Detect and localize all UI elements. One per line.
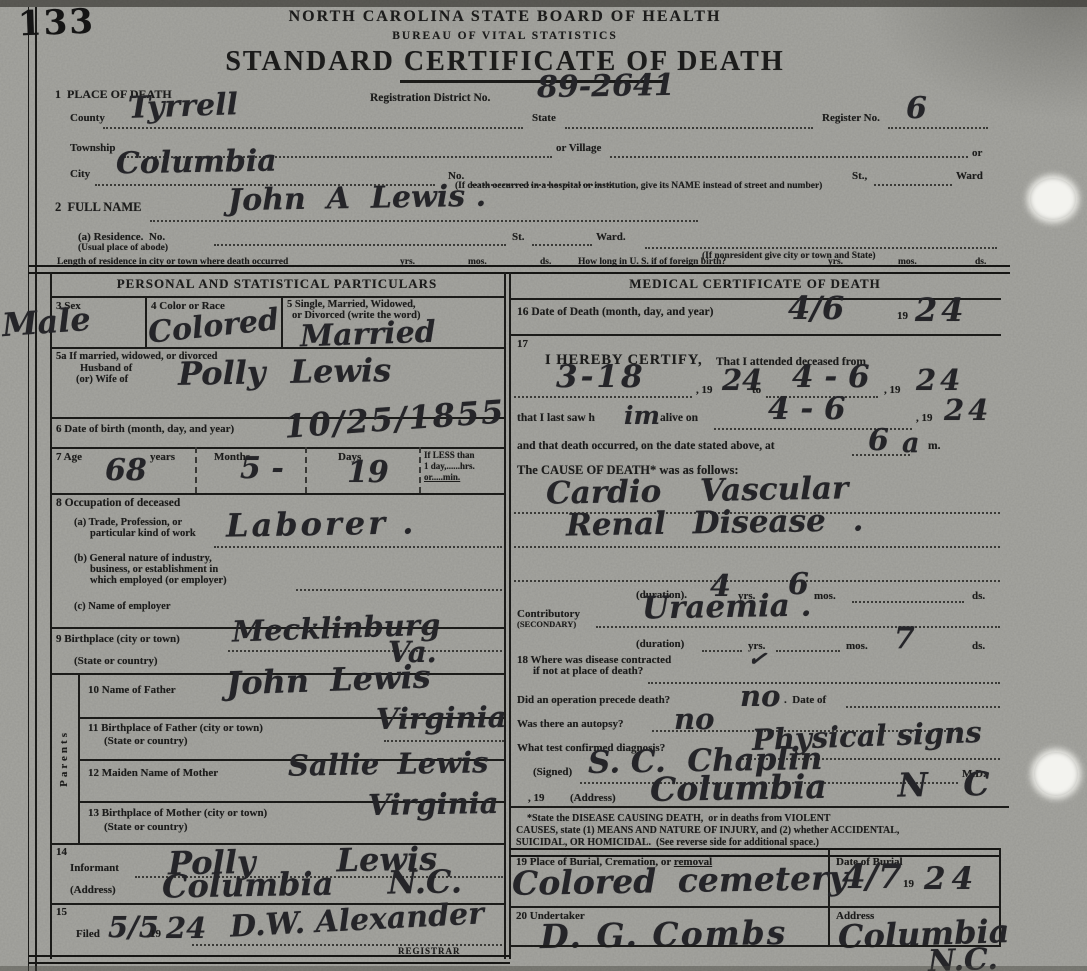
- register-no-value: 6: [906, 94, 927, 124]
- duration-mos-label: mos.: [814, 590, 836, 603]
- cause-line-3: [514, 580, 1000, 582]
- operation-value: no: [740, 682, 780, 711]
- operation-date-line: [846, 706, 1000, 708]
- section-divider-rule: [28, 265, 1010, 274]
- township-label: Township: [70, 142, 115, 155]
- parents-strip-border: [78, 673, 80, 843]
- medical-header: MEDICAL CERTIFICATE OF DEATH: [509, 277, 1001, 292]
- attended-to-year-prefix: , 19: [884, 384, 901, 397]
- top-edge-shadow: [0, 0, 1087, 7]
- cell-divider: [281, 296, 283, 347]
- informant-label: Informant: [70, 862, 119, 875]
- age-years-value: 68: [105, 456, 147, 486]
- or-label: or: [972, 147, 982, 160]
- cause-of-death-line2-value: Renal Disease .: [566, 505, 864, 541]
- left-column-bottom-rule: [28, 955, 510, 964]
- last-saw-year: 24: [944, 396, 992, 425]
- undertaker-value: D. G. Combs: [540, 916, 788, 953]
- line: [509, 334, 1001, 336]
- bureau-title: BUREAU OF VITAL STATISTICS: [0, 30, 1010, 43]
- abode-note: (Usual place of abode): [78, 243, 168, 254]
- registrar-signature: D.W. Alexander: [229, 899, 484, 942]
- dod-year-value: 24: [915, 294, 968, 326]
- operation-label: Did an operation precede death?: [517, 694, 670, 707]
- attended-to-year: 24: [916, 366, 964, 395]
- dob-label: 6 Date of birth (month, day, and year): [56, 423, 234, 436]
- parents-strip: Parents: [52, 678, 76, 838]
- residence-line: [214, 244, 506, 246]
- occupation-b-line: [296, 589, 502, 591]
- death-occurred-label: and that death occurred, on the date sta…: [517, 440, 775, 453]
- org-title: NORTH CAROLINA STATE BOARD OF HEALTH: [0, 8, 1010, 26]
- father-birthplace-label: 11 Birthplace of Father (city or town): [88, 722, 263, 735]
- line: [50, 447, 506, 449]
- ward-label: Ward: [956, 170, 983, 183]
- cause-footnote-2: CAUSES, state (1) MEANS AND NATURE OF IN…: [516, 825, 899, 837]
- date-of-death-label: 16 Date of Death (month, day, and year): [517, 306, 713, 319]
- contributory-secondary-label: (SECONDARY): [517, 620, 576, 630]
- mother-birthplace-value: Virginia: [368, 789, 499, 820]
- register-no-label: Register No.: [822, 112, 880, 125]
- county-label: County: [70, 112, 105, 125]
- dod-year-prefix: 19: [897, 310, 908, 323]
- disease-contracted-line: [648, 682, 1000, 684]
- undertaker-address-value-2: N.C.: [927, 945, 998, 971]
- birthplace-state-label: (State or country): [74, 655, 158, 668]
- spouse-label-3: (or) Wife of: [76, 374, 128, 386]
- autopsy-label: Was there an autopsy?: [517, 718, 623, 731]
- certificate-title: STANDARD CERTIFICATE OF DEATH: [0, 46, 1010, 78]
- burial-table-bottom-rule: [509, 945, 1001, 947]
- margin-rule-outer: [28, 0, 29, 971]
- line: [50, 296, 506, 298]
- father-birthplace-value: Virginia: [376, 703, 507, 734]
- informant-address-value: Columbia N.C.: [162, 865, 463, 902]
- register-no-line: [888, 127, 988, 129]
- birthplace-label: 9 Birthplace (city or town): [56, 633, 180, 646]
- cause-line-2: [514, 546, 1000, 548]
- city-value: Columbia: [116, 147, 277, 180]
- mother-name-label: 12 Maiden Name of Mother: [88, 767, 218, 780]
- contributory-value: Uraemia .: [642, 591, 812, 625]
- age-days-value: 19: [347, 458, 389, 488]
- disease-contracted-mark: ✓: [747, 647, 768, 671]
- disease-contracted-label-2: if not at place of death?: [533, 665, 643, 678]
- last-saw-date-value: 4 - 6: [768, 394, 846, 425]
- occupation-a-value: Laborer .: [226, 506, 417, 541]
- city-label: City: [70, 168, 90, 181]
- burial-place-value: Colored cemetery: [512, 861, 848, 900]
- age-years-label: years: [150, 451, 175, 464]
- state-line: [565, 127, 813, 129]
- signature-address-label: (Address): [570, 792, 616, 805]
- death-m-label: m.: [928, 440, 940, 453]
- state-label: State: [532, 112, 556, 125]
- filed-year-value: 24: [166, 914, 206, 943]
- margin-rule-inner: [35, 0, 37, 971]
- parents-label: Parents: [58, 730, 71, 787]
- mother-birthplace-label: 13 Birthplace of Mother (city or town): [88, 807, 267, 820]
- left-column-border: [50, 272, 52, 959]
- father-name-label: 10 Name of Father: [88, 684, 176, 697]
- duration2-mos-line: [776, 650, 840, 652]
- attended-to-value: 4 - 6: [792, 362, 870, 393]
- duration-ds-label: ds.: [972, 590, 985, 603]
- attended-from-value: 3-18: [556, 362, 646, 393]
- age-less-note-1: If LESS than: [424, 450, 475, 460]
- village-line: [610, 156, 968, 158]
- full-name-value: John A Lewis .: [228, 182, 487, 216]
- personal-header: PERSONAL AND STATISTICAL PARTICULARS: [50, 277, 504, 292]
- death-hour-value: 6: [868, 426, 889, 456]
- last-saw-year-prefix: , 19: [916, 412, 933, 425]
- birthplace-line: [228, 650, 502, 652]
- occupation-label: 8 Occupation of deceased: [56, 497, 180, 510]
- signed-label: (Signed): [533, 766, 572, 779]
- filed-year-prefix: 19: [150, 928, 161, 941]
- burial-year-value: 24: [924, 864, 979, 895]
- residence-ward-line: [645, 247, 997, 249]
- death-ampm-value: a: [902, 430, 920, 457]
- father-name-value: John Lewis: [226, 660, 432, 699]
- age-less-note-2: 1 day,......hrs.: [424, 461, 475, 471]
- spouse-value: Polly Lewis: [178, 354, 392, 390]
- street-line: [874, 184, 952, 186]
- age-label: 7 Age: [56, 451, 82, 464]
- mother-name-value: Sallie Lewis: [288, 748, 489, 780]
- attended-from-year-prefix: , 19: [696, 384, 713, 397]
- residence-label: (a) Residence. No.: [78, 231, 165, 244]
- occupation-a-line: [214, 546, 502, 548]
- county-line: [103, 127, 523, 129]
- cell-divider: [305, 447, 307, 493]
- punch-hole-bottom: [1034, 752, 1078, 796]
- attended-from-line: [514, 396, 692, 398]
- burial-year-prefix: 19: [903, 878, 914, 891]
- residence-ward-label: Ward.: [596, 231, 626, 244]
- duration2-ds-label: ds.: [972, 640, 985, 653]
- hospital-note: (If death occurred in a hospital or inst…: [455, 181, 822, 192]
- last-saw-label-post: alive on: [660, 412, 698, 425]
- sex-value: Male: [1, 303, 92, 341]
- punch-hole-top: [1030, 178, 1076, 220]
- registration-district-label: Registration District No.: [370, 92, 490, 105]
- date-of-death-value: 4/6: [788, 292, 844, 324]
- filed-section-number: 15: [56, 906, 67, 919]
- county-value: Tyrrell: [128, 90, 239, 124]
- residence-st-line: [532, 244, 592, 246]
- line: [50, 347, 506, 349]
- registration-district-value: 89-2641: [537, 71, 675, 103]
- operation-date-label: . Date of: [784, 694, 826, 707]
- duration2-label: (duration): [636, 638, 684, 651]
- informant-section-number: 14: [56, 846, 67, 859]
- section-17-number: 17: [517, 338, 528, 351]
- duration2-mos-label: mos.: [846, 640, 868, 653]
- residence-st-label: St.: [512, 231, 525, 244]
- father-birthplace-state-label: (State or country): [104, 735, 188, 748]
- filed-label: Filed: [76, 928, 100, 941]
- line: [509, 806, 1009, 808]
- street-label: St.,: [852, 170, 867, 183]
- line: [50, 493, 506, 495]
- column-divider-a: [504, 272, 506, 959]
- duration2-days-value: 7: [894, 624, 915, 654]
- full-name-label: 2 FULL NAME: [55, 200, 141, 214]
- contributory-line: [596, 626, 1000, 628]
- attended-to-label: to: [752, 384, 761, 397]
- age-less-note-3: or.....min.: [424, 472, 460, 482]
- cell-divider: [195, 447, 197, 493]
- dob-value: 10/25/1855: [283, 395, 506, 442]
- informant-address-label: (Address): [70, 884, 116, 897]
- cause-footnote-1: *State the DISEASE CAUSING DEATH, or in …: [527, 813, 830, 825]
- last-saw-him-handwriting: im: [624, 403, 660, 428]
- occupation-a-label-2: particular kind of work: [90, 528, 196, 540]
- father-birthplace-line: [384, 740, 504, 742]
- cause-footnote-3: SUICIDAL, OR HOMICIDAL. (See reverse sid…: [516, 837, 819, 849]
- occupation-b-label-3: which employed (or employer): [90, 575, 227, 587]
- line: [509, 906, 1001, 908]
- duration2-yrs-line: [702, 650, 742, 652]
- age-months-value: 5 -: [240, 454, 284, 484]
- mother-birthplace-state-label: (State or country): [104, 821, 188, 834]
- signature-year-label: , 19: [528, 792, 545, 805]
- last-saw-label-pre: that I last saw h: [517, 412, 595, 425]
- death-certificate-sheet: 133 NORTH CAROLINA STATE BOARD OF HEALTH…: [0, 0, 1087, 971]
- duration-ds-line: [852, 601, 964, 603]
- bottom-edge-shadow: [0, 966, 1087, 971]
- signature-address-value: Columbia N C: [650, 767, 990, 806]
- nonresident-note: (If nonresident give city or town and St…: [702, 251, 876, 262]
- occupation-c-label: (c) Name of employer: [74, 601, 171, 613]
- cell-divider: [419, 447, 421, 493]
- burial-date-value: 4/7: [842, 860, 902, 894]
- full-name-line: [150, 220, 698, 222]
- or-village-label: or Village: [556, 142, 601, 155]
